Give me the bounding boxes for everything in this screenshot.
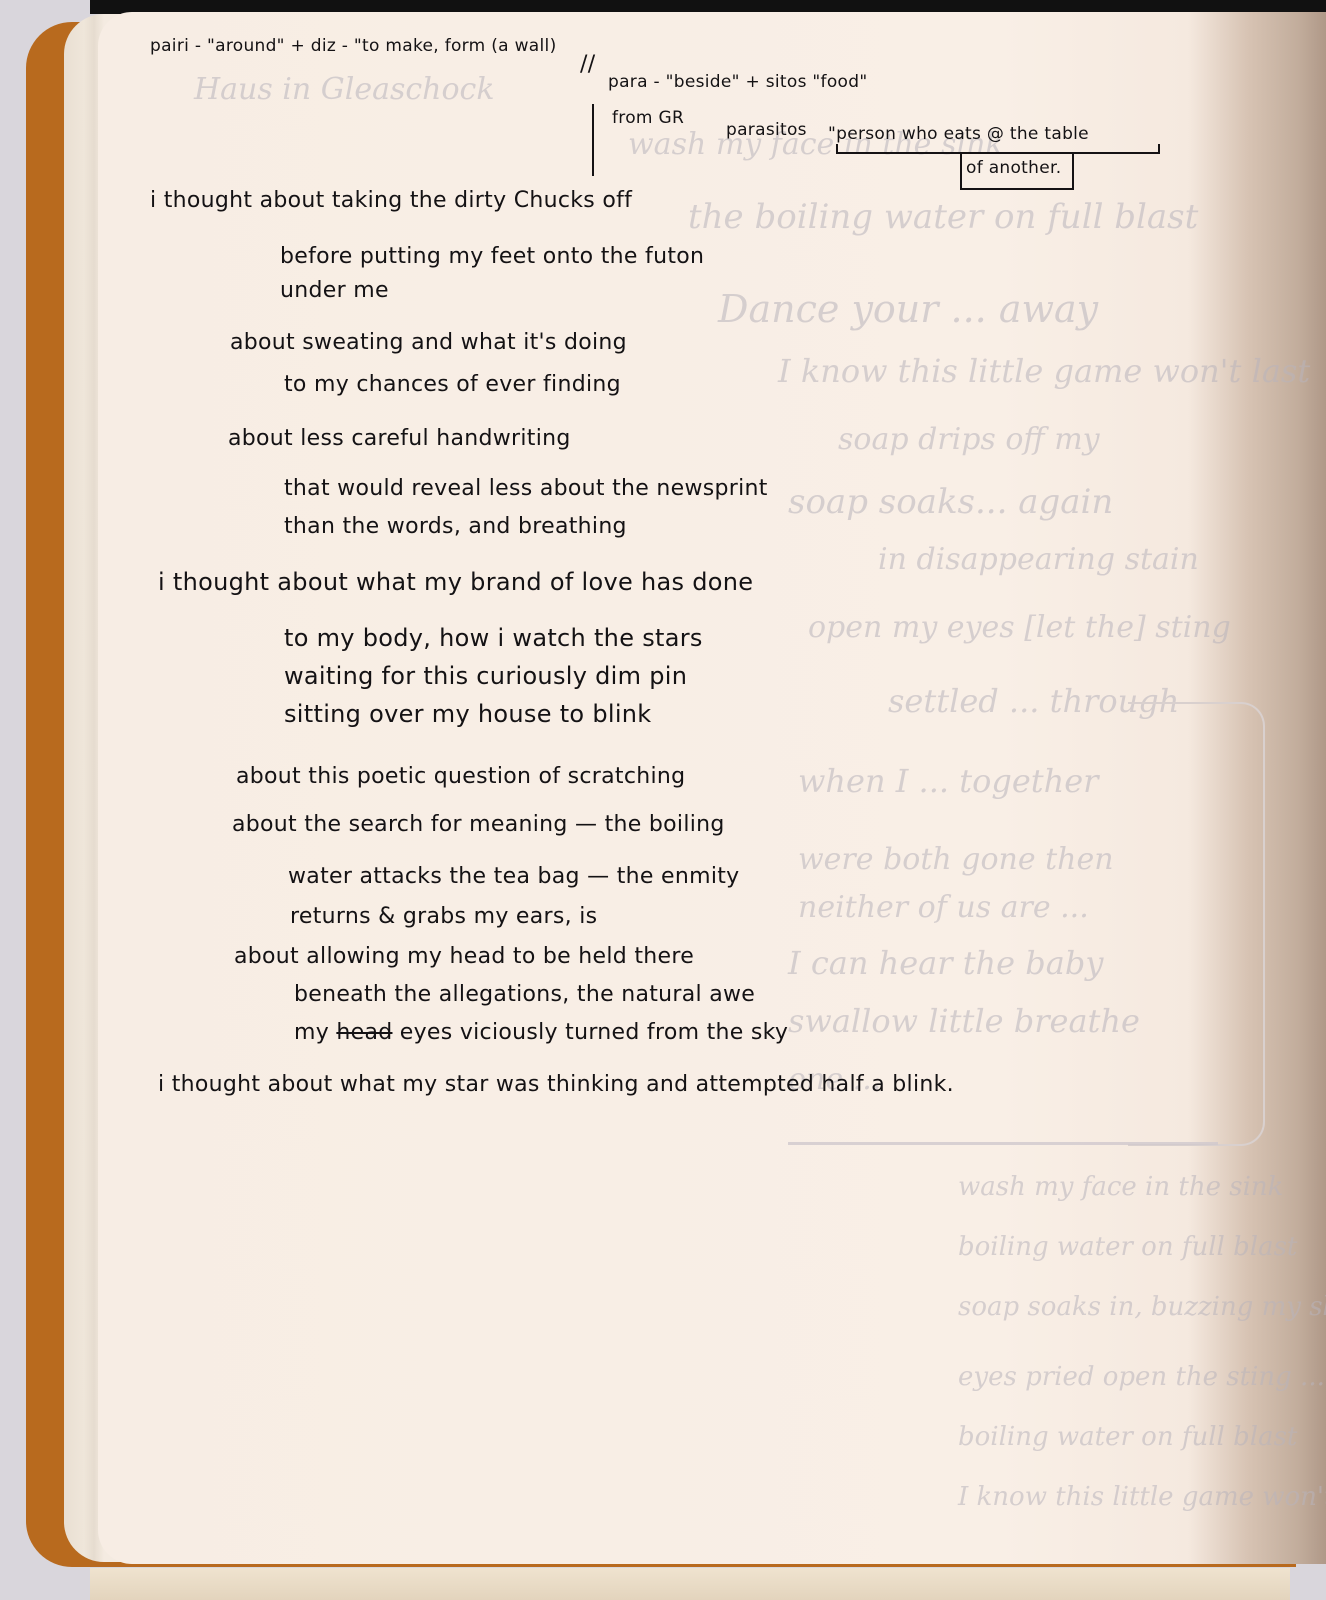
poem-line-final: i thought about what my star was thinkin… — [158, 1072, 954, 1097]
poem-line: returns & grabs my ears, is — [290, 904, 597, 929]
poem-line: beneath the allegations, the natural awe — [294, 982, 755, 1007]
bleedthrough-frame — [1128, 702, 1265, 1146]
poem-line: i thought about taking the dirty Chucks … — [150, 188, 632, 213]
page-block-bottom — [90, 1568, 1290, 1600]
poem-line: sitting over my house to blink — [284, 700, 652, 728]
poem-line: to my chances of ever finding — [284, 372, 621, 397]
definition-line-1: "person who eats @ the table — [828, 124, 1089, 144]
bleedthrough-rule — [788, 1142, 1218, 1145]
poem-line: under me — [280, 278, 389, 303]
periphrasis-note: pairi - "around" + diz - "to make, form … — [150, 36, 557, 56]
poem-line: before putting my feet onto the futon — [280, 244, 704, 269]
poem-line: about less careful handwriting — [228, 426, 571, 451]
note-divider: // — [580, 52, 595, 77]
poem-word: my — [294, 1020, 329, 1045]
notebook-page: Haus in Gleaschock wash my face in the s… — [98, 12, 1326, 1564]
poem-line: about sweating and what it's doing — [230, 330, 627, 355]
definition-line-2: of another. — [966, 158, 1061, 178]
parasite-note: para - "beside" + sitos "food" — [608, 72, 867, 92]
poem-line: to my body, how i watch the stars — [284, 624, 703, 652]
poem-line: that would reveal less about the newspri… — [284, 476, 768, 501]
poem-line: i thought about what my brand of love ha… — [158, 568, 753, 596]
poem-line-struck: my head eyes viciously turned from the s… — [294, 1020, 788, 1045]
poem-line: about this poetic question of scratching — [236, 764, 685, 789]
poem-line: about allowing my head to be held there — [234, 944, 694, 969]
source-word: parasitos — [726, 120, 807, 140]
struck-word: head — [336, 1020, 392, 1045]
poem-line: waiting for this curiously dim pin — [284, 662, 687, 690]
poem-line: water attacks the tea bag — the enmity — [288, 864, 739, 889]
poem-word: eyes viciously turned from the sky — [400, 1020, 788, 1045]
source-prefix: from GR — [612, 108, 684, 128]
poem-line: about the search for meaning — the boili… — [232, 812, 725, 837]
note-bracket — [592, 104, 594, 176]
poem-line: than the words, and breathing — [284, 514, 627, 539]
